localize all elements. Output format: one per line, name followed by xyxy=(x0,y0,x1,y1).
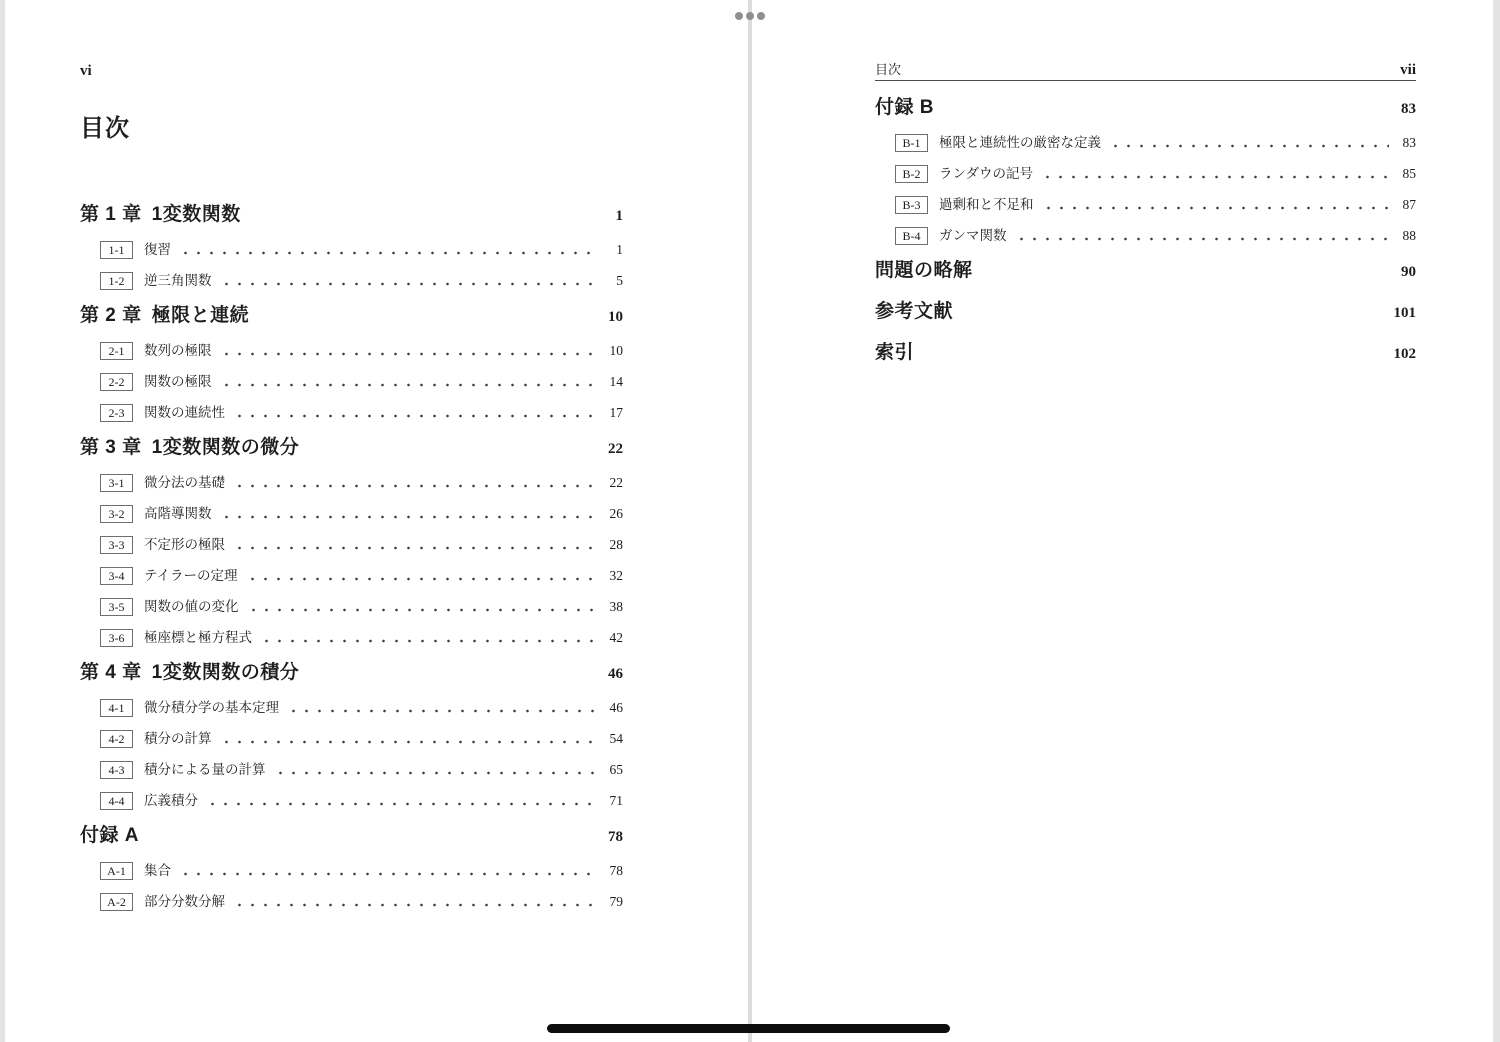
toc-title: 目次 xyxy=(80,112,623,146)
toc-entry-link[interactable]: 3-5関数の値の変化38 xyxy=(80,598,623,614)
page-spine-divider xyxy=(748,0,752,1042)
entry-title: 積分による量の計算 xyxy=(144,762,266,778)
section-number-badge: 3-1 xyxy=(100,474,133,492)
chapter-page-number: 90 xyxy=(1401,260,1416,284)
entry-title: 不定形の極限 xyxy=(144,537,225,553)
chapter-label: 第 3 章 xyxy=(80,436,142,460)
page-number-left: vi xyxy=(80,62,623,80)
toc-entry-link[interactable]: B-2ランダウの記号85 xyxy=(875,165,1416,181)
chapter-label: 付録 A xyxy=(80,824,139,848)
dot-leader xyxy=(287,699,596,715)
chapter-title: 極限と連続 xyxy=(152,304,250,328)
entry-page-number: 79 xyxy=(605,894,623,910)
home-indicator-bar[interactable] xyxy=(547,1024,950,1033)
toc-entry-link[interactable]: 4-2積分の計算54 xyxy=(80,730,623,746)
section-number-badge: B-2 xyxy=(895,165,928,183)
toc-section: 第 1 章1変数関数11-1復習11-2逆三角関数5 xyxy=(80,203,623,288)
dot-leader xyxy=(274,761,597,777)
chapter-label: 付録 B xyxy=(875,96,934,120)
dot-leader xyxy=(1015,227,1390,243)
entry-page-number: 85 xyxy=(1398,166,1416,182)
dot-leader xyxy=(220,272,597,288)
entry-title: 関数の極限 xyxy=(144,374,212,390)
chapter-title: 1変数関数の微分 xyxy=(152,436,300,460)
toc-entry-link[interactable]: 2-1数列の極限10 xyxy=(80,342,623,358)
entry-title: 関数の連続性 xyxy=(144,405,225,421)
entry-page-number: 14 xyxy=(605,374,623,390)
chapter-page-number: 83 xyxy=(1401,97,1416,121)
dot-leader xyxy=(233,893,596,909)
section-number-badge: B-4 xyxy=(895,227,928,245)
chapter-page-number: 10 xyxy=(608,305,623,329)
toc-entry-link[interactable]: 3-6極座標と極方程式42 xyxy=(80,629,623,645)
dot-leader xyxy=(206,792,596,808)
toc-entry-link[interactable]: 3-1微分法の基礎22 xyxy=(80,474,623,490)
chapter-label: 第 1 章 xyxy=(80,203,142,227)
entry-title: 部分分数分解 xyxy=(144,894,225,910)
section-number-badge: 2-2 xyxy=(100,373,133,391)
section-number-badge: 3-6 xyxy=(100,629,133,647)
chapter-title: 1変数関数の積分 xyxy=(152,661,300,685)
section-number-badge: 3-2 xyxy=(100,505,133,523)
toc-entry-link[interactable]: 2-2関数の極限14 xyxy=(80,373,623,389)
dot-leader xyxy=(260,629,596,645)
dot-leader xyxy=(179,241,596,257)
entry-page-number: 88 xyxy=(1398,228,1416,244)
dot-leader xyxy=(220,505,597,521)
running-header-title: 目次 xyxy=(875,62,901,78)
chapter-label: 第 2 章 xyxy=(80,304,142,328)
toc-chapter-link[interactable]: 第 4 章1変数関数の積分46 xyxy=(80,661,623,686)
entry-title: 集合 xyxy=(144,863,171,879)
toc-sections-right: 付録 B83B-1極限と連続性の厳密な定義83B-2ランダウの記号85B-3過剰… xyxy=(875,96,1416,366)
section-number-badge: 4-2 xyxy=(100,730,133,748)
entry-title: 関数の値の変化 xyxy=(144,599,239,615)
section-number-badge: B-3 xyxy=(895,196,928,214)
dot-leader xyxy=(233,404,596,420)
section-number-badge: A-2 xyxy=(100,893,133,911)
toc-chapter-link[interactable]: 第 1 章1変数関数1 xyxy=(80,203,623,228)
section-number-badge: 1-1 xyxy=(100,241,133,259)
page-right: 目次 vii 付録 B83B-1極限と連続性の厳密な定義83B-2ランダウの記号… xyxy=(752,0,1493,1042)
entry-title: 広義積分 xyxy=(144,793,198,809)
entry-title: ガンマ関数 xyxy=(939,228,1007,244)
entry-page-number: 32 xyxy=(605,568,623,584)
entry-page-number: 87 xyxy=(1398,197,1416,213)
handle-dot-icon xyxy=(746,12,754,20)
toc-entry-link[interactable]: 4-1微分積分学の基本定理46 xyxy=(80,699,623,715)
drag-handle-dots-icon[interactable] xyxy=(735,11,765,20)
chapter-label: 索引 xyxy=(875,341,914,365)
entry-title: テイラーの定理 xyxy=(144,568,238,584)
entry-page-number: 42 xyxy=(605,630,623,646)
section-number-badge: 1-2 xyxy=(100,272,133,290)
toc-entry-link[interactable]: 4-4広義積分71 xyxy=(80,792,623,808)
toc-chapter-link[interactable]: 付録 B83 xyxy=(875,96,1416,121)
toc-entry-link[interactable]: B-3過剰和と不足和87 xyxy=(875,196,1416,212)
toc-chapter-link[interactable]: 第 3 章1変数関数の微分22 xyxy=(80,436,623,461)
dot-leader xyxy=(179,862,596,878)
section-number-badge: 2-1 xyxy=(100,342,133,360)
pdf-reader-screen: vi 目次 第 1 章1変数関数11-1復習11-2逆三角関数5第 2 章極限と… xyxy=(0,0,1500,1042)
dot-leader xyxy=(220,373,597,389)
entry-page-number: 54 xyxy=(605,731,623,747)
dot-leader xyxy=(220,730,597,746)
toc-chapter-link[interactable]: 第 2 章極限と連続10 xyxy=(80,304,623,329)
section-number-badge: 4-4 xyxy=(100,792,133,810)
section-number-badge: 3-4 xyxy=(100,567,133,585)
entry-page-number: 83 xyxy=(1398,135,1416,151)
handle-dot-icon xyxy=(735,12,743,20)
chapter-page-number: 101 xyxy=(1394,301,1417,325)
chapter-page-number: 102 xyxy=(1394,342,1417,366)
toc-entry-link[interactable]: 3-2高階導関数26 xyxy=(80,505,623,521)
entry-title: 微分積分学の基本定理 xyxy=(144,700,279,716)
dot-leader xyxy=(233,536,596,552)
entry-page-number: 10 xyxy=(605,343,623,359)
entry-page-number: 71 xyxy=(605,793,623,809)
toc-section: 第 4 章1変数関数の積分464-1微分積分学の基本定理464-2積分の計算54… xyxy=(80,661,623,808)
entry-page-number: 65 xyxy=(605,762,623,778)
entry-title: 微分法の基礎 xyxy=(144,475,225,491)
chapter-page-number: 78 xyxy=(608,825,623,849)
entry-page-number: 28 xyxy=(605,537,623,553)
dot-leader xyxy=(1042,196,1390,212)
toc-section: 第 2 章極限と連続102-1数列の極限102-2関数の極限142-3関数の連続… xyxy=(80,304,623,420)
section-number-badge: 4-1 xyxy=(100,699,133,717)
toc-entry-link[interactable]: B-4ガンマ関数88 xyxy=(875,227,1416,243)
toc-section: 問題の略解90 xyxy=(875,259,1416,284)
chapter-label: 問題の略解 xyxy=(875,259,973,283)
toc-entry-link[interactable]: 3-3不定形の極限28 xyxy=(80,536,623,552)
toc-chapter-link[interactable]: 索引102 xyxy=(875,341,1416,366)
entry-title: 逆三角関数 xyxy=(144,273,212,289)
entry-title: 積分の計算 xyxy=(144,731,212,747)
entry-title: 数列の極限 xyxy=(144,343,212,359)
chapter-page-number: 46 xyxy=(608,662,623,686)
toc-section: 付録 B83B-1極限と連続性の厳密な定義83B-2ランダウの記号85B-3過剰… xyxy=(875,96,1416,243)
toc-entry-link[interactable]: A-1集合78 xyxy=(80,862,623,878)
toc-entry-link[interactable]: 1-1復習1 xyxy=(80,241,623,257)
toc-entry-link[interactable]: A-2部分分数分解79 xyxy=(80,893,623,909)
toc-entry-link[interactable]: B-1極限と連続性の厳密な定義83 xyxy=(875,134,1416,150)
page-left: vi 目次 第 1 章1変数関数11-1復習11-2逆三角関数5第 2 章極限と… xyxy=(5,0,748,1042)
entry-title: 極座標と極方程式 xyxy=(144,630,252,646)
toc-chapter-link[interactable]: 問題の略解90 xyxy=(875,259,1416,284)
section-number-badge: 3-3 xyxy=(100,536,133,554)
chapter-label: 第 4 章 xyxy=(80,661,142,685)
handle-dot-icon xyxy=(757,12,765,20)
entry-title: 高階導関数 xyxy=(144,506,212,522)
section-number-badge: B-1 xyxy=(895,134,928,152)
toc-section: 付録 A78A-1集合78A-2部分分数分解79 xyxy=(80,824,623,909)
entry-page-number: 46 xyxy=(605,700,623,716)
entry-page-number: 1 xyxy=(605,242,623,258)
section-number-badge: A-1 xyxy=(100,862,133,880)
toc-entry-link[interactable]: 1-2逆三角関数5 xyxy=(80,272,623,288)
entry-title: ランダウの記号 xyxy=(939,166,1033,182)
running-header: 目次 vii xyxy=(875,62,1416,81)
toc-section: 索引102 xyxy=(875,341,1416,366)
toc-section: 第 3 章1変数関数の微分223-1微分法の基礎223-2高階導関数263-3不… xyxy=(80,436,623,645)
entry-page-number: 17 xyxy=(605,405,623,421)
dot-leader xyxy=(1041,165,1389,181)
entry-page-number: 5 xyxy=(605,273,623,289)
dot-leader xyxy=(220,342,597,358)
chapter-label: 参考文献 xyxy=(875,300,953,324)
page-number-right: vii xyxy=(1400,62,1416,78)
dot-leader xyxy=(247,598,597,614)
section-number-badge: 3-5 xyxy=(100,598,133,616)
toc-chapter-link[interactable]: 付録 A78 xyxy=(80,824,623,849)
entry-page-number: 78 xyxy=(605,863,623,879)
entry-title: 復習 xyxy=(144,242,171,258)
entry-title: 極限と連続性の厳密な定義 xyxy=(939,135,1101,151)
chapter-page-number: 22 xyxy=(608,437,623,461)
entry-page-number: 22 xyxy=(605,475,623,491)
section-number-badge: 2-3 xyxy=(100,404,133,422)
chapter-title: 1変数関数 xyxy=(152,203,241,227)
chapter-page-number: 1 xyxy=(616,204,624,228)
toc-entry-link[interactable]: 4-3積分による量の計算65 xyxy=(80,761,623,777)
dot-leader xyxy=(1109,134,1389,150)
toc-sections-left: 第 1 章1変数関数11-1復習11-2逆三角関数5第 2 章極限と連続102-… xyxy=(80,203,623,909)
entry-title: 過剰和と不足和 xyxy=(939,197,1034,213)
section-number-badge: 4-3 xyxy=(100,761,133,779)
toc-entry-link[interactable]: 2-3関数の連続性17 xyxy=(80,404,623,420)
entry-page-number: 26 xyxy=(605,506,623,522)
dot-leader xyxy=(246,567,596,583)
entry-page-number: 38 xyxy=(605,599,623,615)
toc-entry-link[interactable]: 3-4テイラーの定理32 xyxy=(80,567,623,583)
dot-leader xyxy=(233,474,596,490)
toc-section: 参考文献101 xyxy=(875,300,1416,325)
toc-chapter-link[interactable]: 参考文献101 xyxy=(875,300,1416,325)
